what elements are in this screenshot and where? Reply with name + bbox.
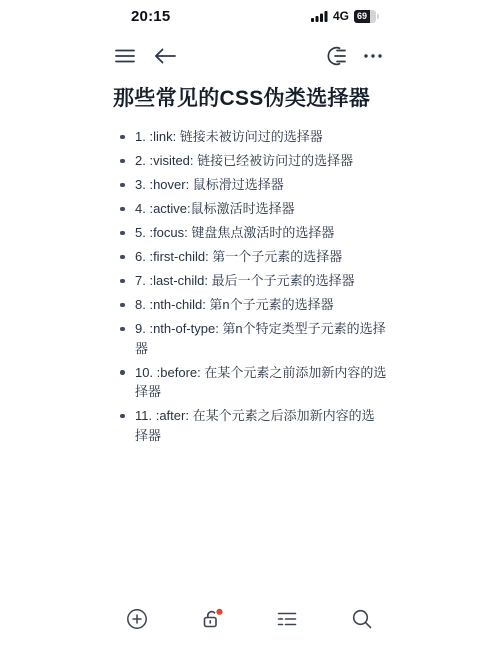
more-button[interactable] [361,44,385,68]
list-item: 7. :last-child: 最后一个子元素的选择器 [113,271,387,291]
status-time: 20:15 [131,8,170,25]
menu-icon [115,48,135,64]
note-bullet-list: 1. :link: 链接未被访问过的选择器 2. :visited: 链接已经被… [113,127,387,445]
top-toolbar [113,43,387,69]
battery-remainder [370,10,376,23]
adjust-icon [275,607,299,631]
list-item: 1. :link: 链接未被访问过的选择器 [113,127,387,147]
list-item: 6. :first-child: 第一个子元素的选择器 [113,247,387,267]
list-item: 3. :hover: 鼠标滑过选择器 [113,175,387,195]
outline-button[interactable] [325,44,349,68]
status-bar: 20:15 4G 69 [113,0,387,25]
list-item: 4. :active:鼠标激活时选择器 [113,199,387,219]
list-item: 5. :focus: 键盘焦点激活时的选择器 [113,223,387,243]
adjust-button[interactable] [274,606,300,632]
search-button[interactable] [349,606,375,632]
bottom-toolbar [113,606,387,632]
network-type-label: 4G [333,9,349,23]
signal-icon [311,11,328,22]
battery-cap [377,14,379,19]
unlock-icon [199,606,225,632]
notification-badge [216,609,222,615]
lock-button[interactable] [199,606,225,632]
search-icon [350,607,374,631]
status-indicators: 4G 69 [311,9,379,23]
battery-percent: 69 [354,10,370,23]
battery-icon: 69 [354,10,379,23]
list-item: 11. :after: 在某个元素之后添加新内容的选择器 [113,406,387,445]
more-icon [363,53,383,59]
list-item: 2. :visited: 链接已经被访问过的选择器 [113,151,387,171]
list-item: 8. :nth-child: 第n个子元素的选择器 [113,295,387,315]
add-icon [125,607,149,631]
app-frame: 20:15 4G 69 [113,0,387,653]
back-arrow-icon [154,48,176,64]
outline-icon [326,46,348,66]
add-button[interactable] [124,606,150,632]
back-button[interactable] [153,44,177,68]
list-item: 10. :before: 在某个元素之前添加新内容的选择器 [113,363,387,402]
list-item: 9. :nth-of-type: 第n个特定类型子元素的选择器 [113,319,387,358]
note-title: 那些常见的CSS伪类选择器 [113,84,387,114]
menu-button[interactable] [113,44,137,68]
